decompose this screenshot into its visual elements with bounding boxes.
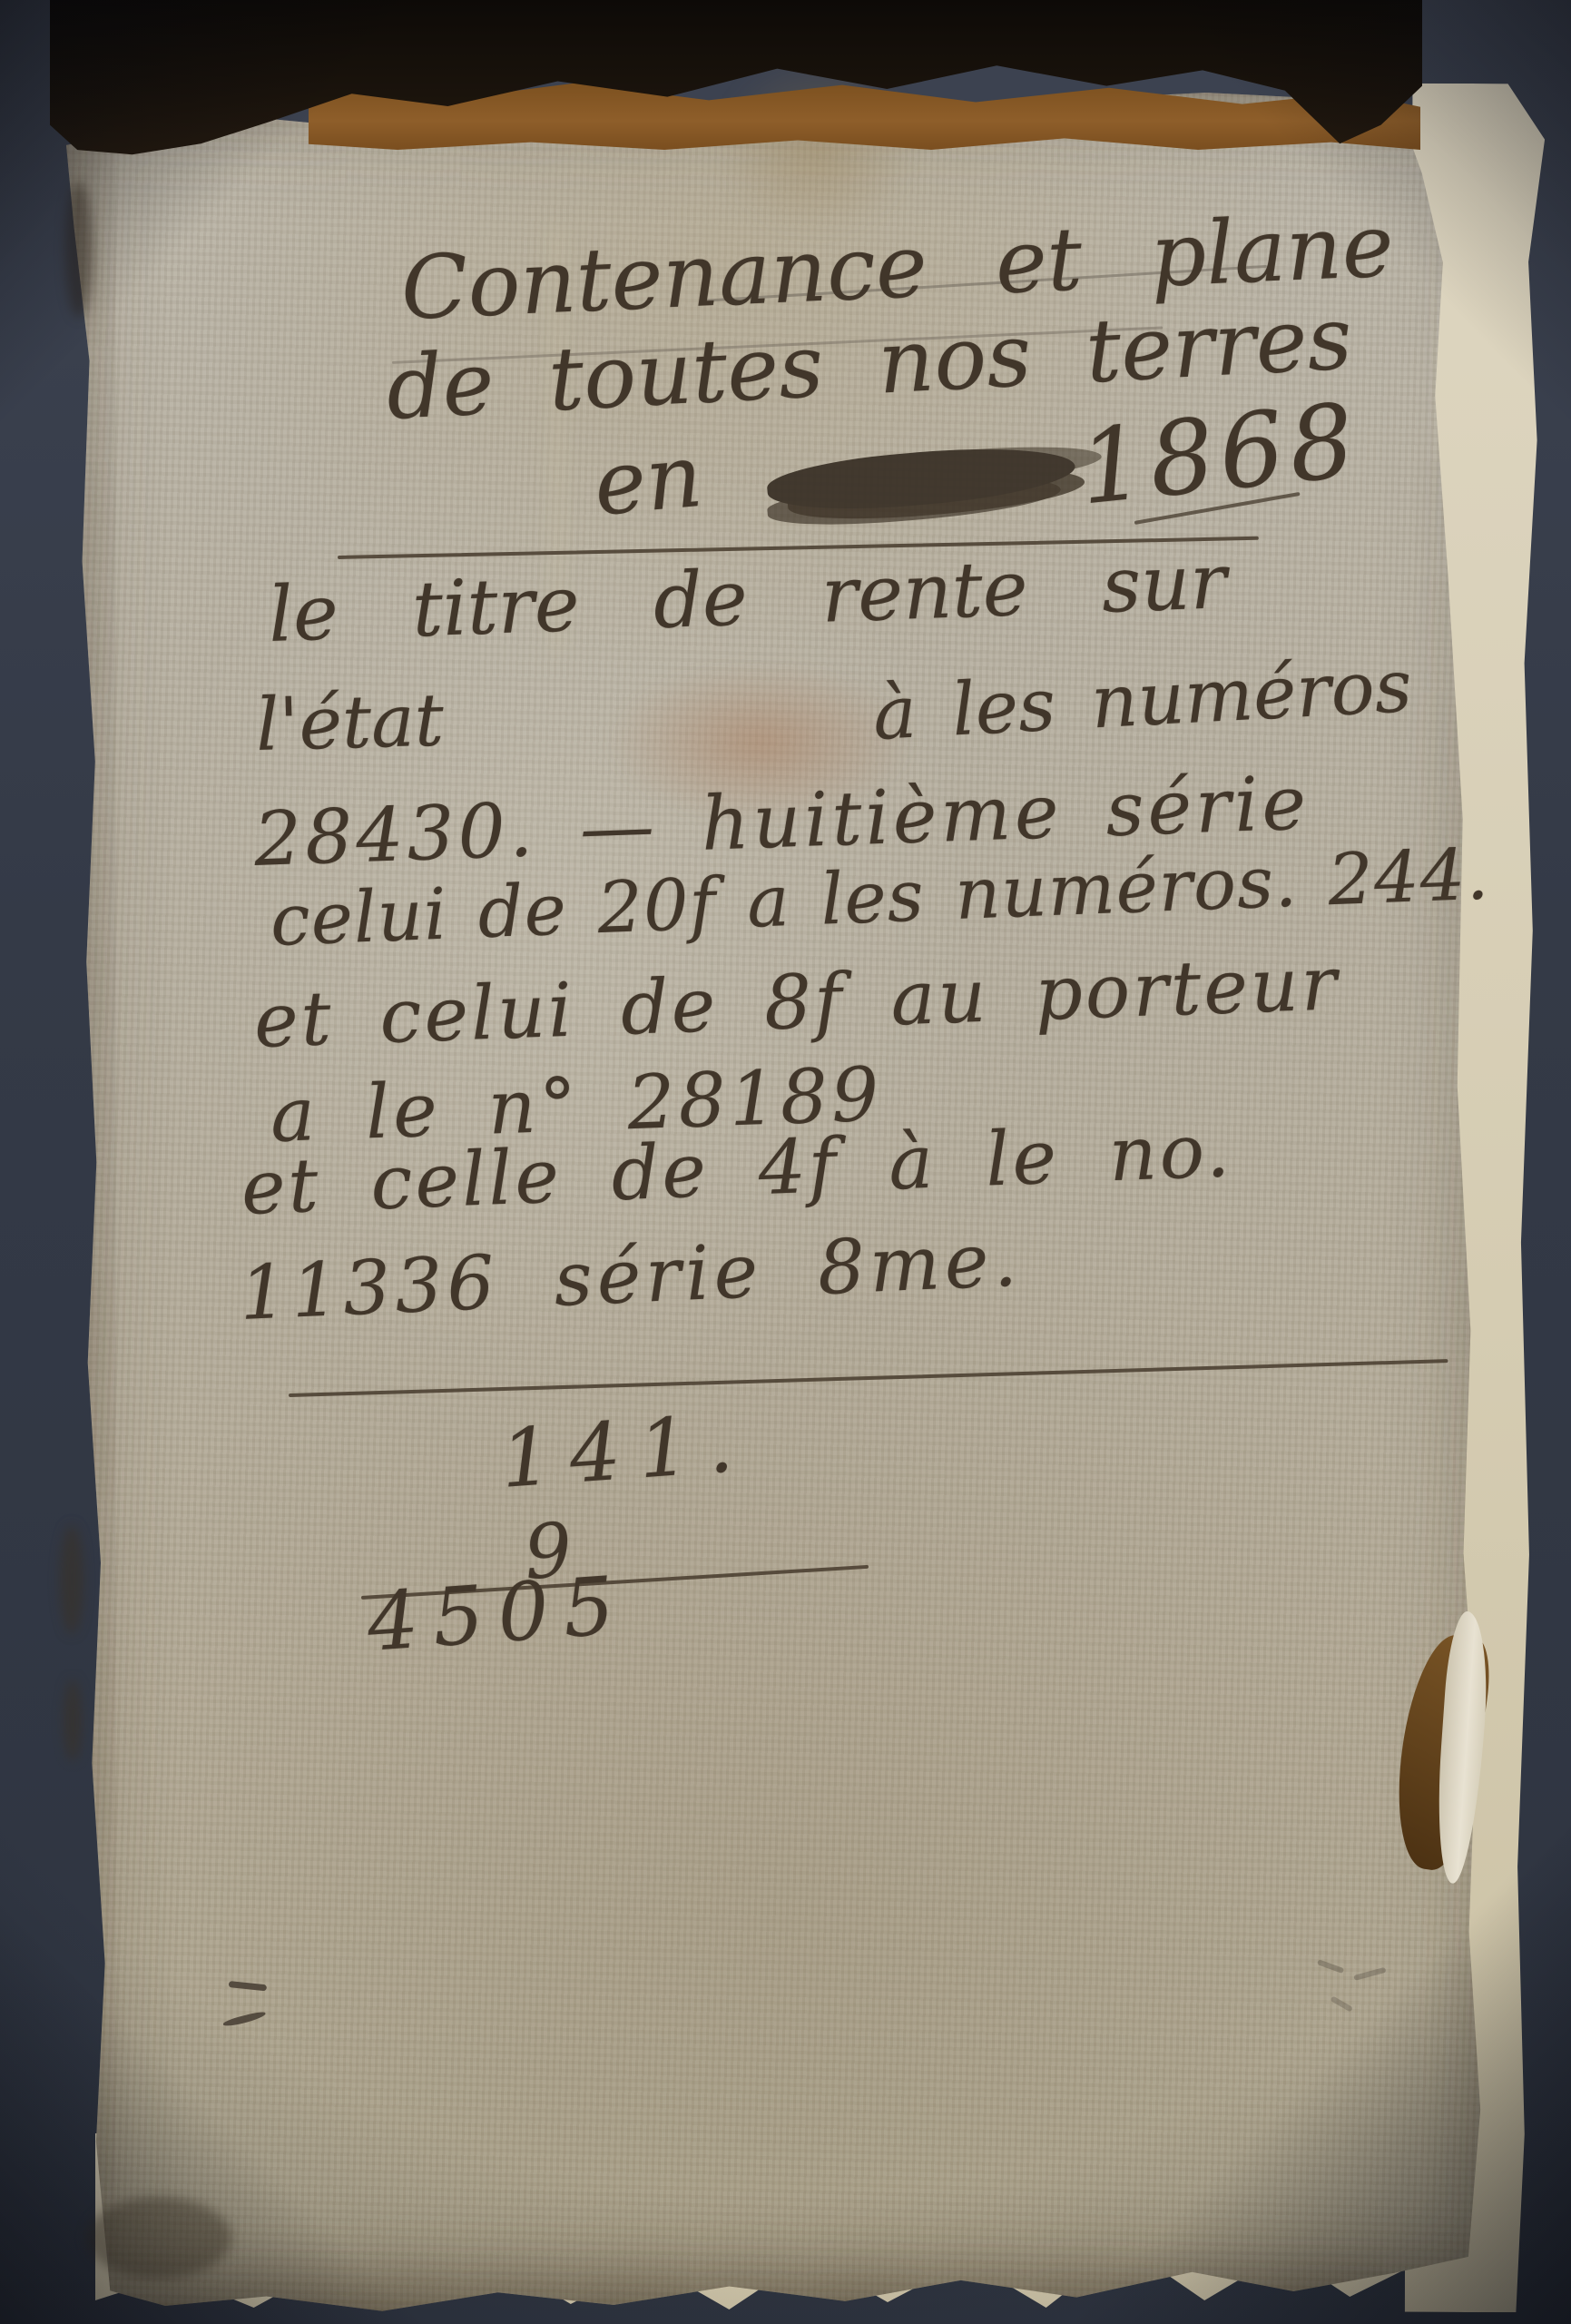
note-line-2-left: l'état [255,678,445,767]
left-edge-wear-spot [64,1679,82,1761]
left-edge-wear-spot [65,182,93,318]
left-edge-wear-spot [60,1525,83,1634]
title-year-prefix: en [590,425,706,536]
calc-operand-top: 141. [497,1395,753,1506]
bottom-edge-wear-spot [86,2197,231,2279]
calc-result: 4505 [364,1558,631,1669]
photograph: Contenance et plane de toutes nos terres… [0,0,1571,2324]
